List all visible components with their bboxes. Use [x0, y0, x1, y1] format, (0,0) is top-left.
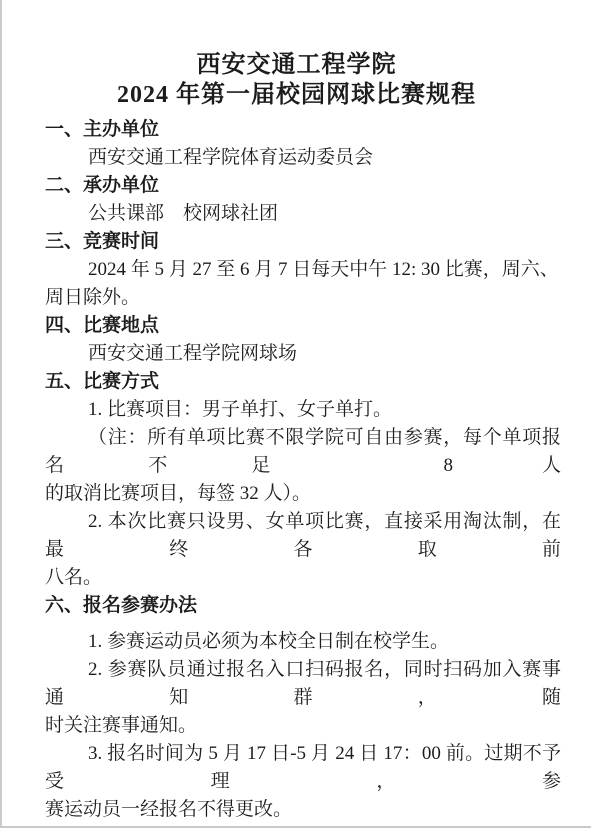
section-heading-registration: 六、报名参赛办法: [45, 592, 561, 620]
paragraph-location: 西安交通工程学院网球场: [45, 340, 561, 368]
document-page: 西安交通工程学院 2024 年第一届校园网球比赛规程 一、主办单位 西安交通工程…: [0, 0, 591, 828]
section-heading-host: 二、承办单位: [45, 172, 561, 200]
document-title-line-2: 2024 年第一届校园网球比赛规程: [2, 80, 591, 110]
paragraph-organizer: 西安交通工程学院体育运动委员会: [45, 144, 561, 172]
paragraph-time: 2024 年 5 月 27 至 6 月 7 日每天中午 12: 30 比赛，周六…: [45, 256, 561, 312]
paragraph-registration-item1: 1. 参赛运动员必须为本校全日制在校学生。: [45, 628, 561, 656]
paragraph-registration-item2-line1: 2. 参赛队员通过报名入口扫码报名，同时扫码加入赛事通知群，随: [45, 656, 561, 712]
section-heading-location: 四、比赛地点: [45, 312, 561, 340]
paragraph-format-item2-line2: 八名。: [45, 564, 561, 592]
paragraph-registration-item3-line1: 3. 报名时间为 5 月 17 日-5 月 24 日 17：00 前。过期不予受…: [45, 740, 561, 796]
paragraph-format-note-line1: （注：所有单项比赛不限学院可自由参赛，每个单项报名不足 8 人: [45, 424, 561, 480]
document-title-block: 西安交通工程学院 2024 年第一届校园网球比赛规程: [2, 50, 591, 110]
paragraph-format-item1: 1. 比赛项目：男子单打、女子单打。: [45, 396, 561, 424]
paragraph-registration-item2-line2: 时关注赛事通知。: [45, 712, 561, 740]
paragraph-format-item2-line1: 2. 本次比赛只设男、女单项比赛，直接采用淘汰制，在最终各取前: [45, 508, 561, 564]
section-heading-time: 三、竞赛时间: [45, 228, 561, 256]
paragraph-host: 公共课部 校网球社团: [45, 200, 561, 228]
section-heading-format: 五、比赛方式: [45, 368, 561, 396]
section-heading-organizer: 一、主办单位: [45, 116, 561, 144]
document-title-line-1: 西安交通工程学院: [2, 50, 591, 80]
paragraph-registration-item3-line2: 赛运动员一经报名不得更改。: [45, 796, 561, 824]
paragraph-format-note-line2: 的取消比赛项目，每签 32 人）。: [45, 480, 561, 508]
